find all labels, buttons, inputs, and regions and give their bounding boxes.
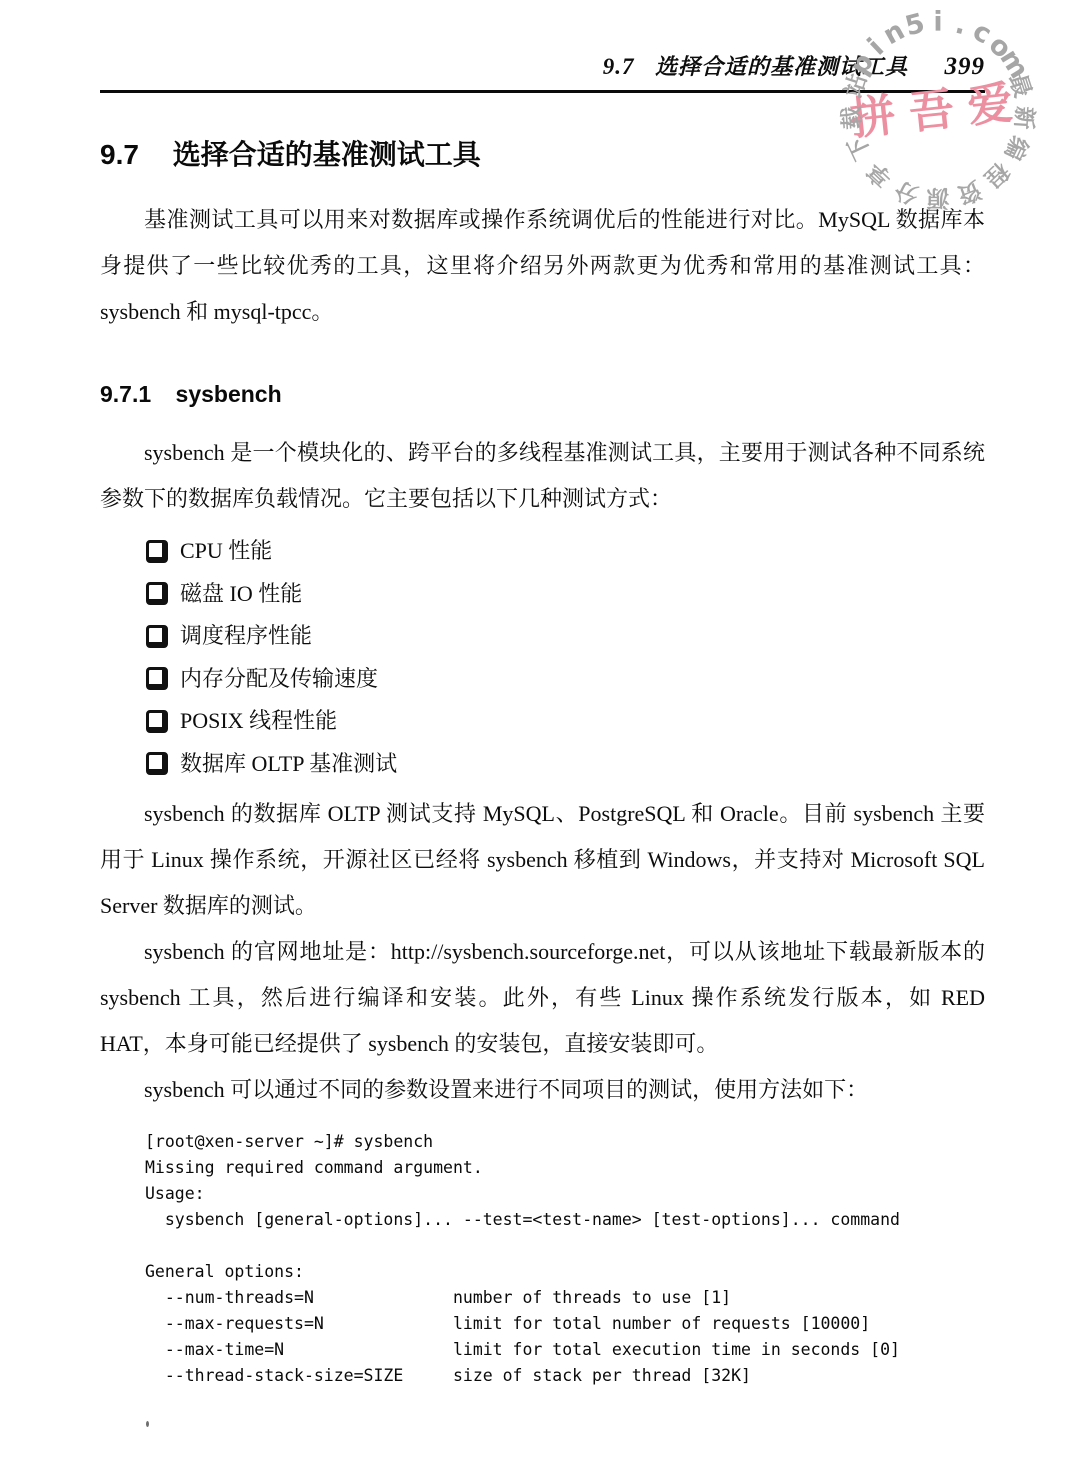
paragraph-usage-intro: sysbench 可以通过不同的参数设置来进行不同项目的测试，使用方法如下： xyxy=(100,1067,985,1113)
list-item: 数据库 OLTP 基准测试 xyxy=(146,743,985,786)
running-header: 9.7 选择合适的基准测试工具 399 xyxy=(100,0,985,81)
section-title: 选择合适的基准测试工具 xyxy=(173,139,481,170)
subsection-heading: 9.7.1 sysbench xyxy=(100,381,985,408)
test-type-list: CPU 性能磁盘 IO 性能调度程序性能内存分配及传输速度POSIX 线程性能数… xyxy=(100,530,985,785)
list-item-label: 磁盘 IO 性能 xyxy=(180,573,302,616)
book-page: 拼吾爱 pin5i.com最新编程资源分享下载站 9.7 选择合适的基准测试工具… xyxy=(0,0,1080,1478)
checkbox-bullet-icon xyxy=(146,752,168,775)
running-header-title: 选择合适的基准测试工具 xyxy=(655,54,908,79)
checkbox-bullet-icon xyxy=(146,710,168,733)
list-item-label: 调度程序性能 xyxy=(180,615,312,658)
checkbox-bullet-icon xyxy=(146,667,168,690)
list-item-label: 内存分配及传输速度 xyxy=(180,658,378,701)
list-item-label: POSIX 线程性能 xyxy=(180,700,337,743)
checkbox-bullet-icon xyxy=(146,582,168,605)
list-item: POSIX 线程性能 xyxy=(146,700,985,743)
list-item: 调度程序性能 xyxy=(146,615,985,658)
paragraph-sysbench-overview: sysbench 是一个模块化的、跨平台的多线程基准测试工具，主要用于测试各种不… xyxy=(100,430,985,522)
list-item: CPU 性能 xyxy=(146,530,985,573)
page-number: 399 xyxy=(945,53,986,80)
subsection-number: 9.7.1 xyxy=(100,381,151,407)
header-rule xyxy=(100,90,985,93)
section-number: 9.7 xyxy=(100,139,139,170)
paragraph-intro: 基准测试工具可以用来对数据库或操作系统调优后的性能进行对比。MySQL 数据库本… xyxy=(100,197,985,335)
list-item: 内存分配及传输速度 xyxy=(146,658,985,701)
scan-artifact-dot xyxy=(146,1421,149,1427)
subsection-title: sysbench xyxy=(176,381,282,407)
paragraph-oltp-support: sysbench 的数据库 OLTP 测试支持 MySQL、PostgreSQL… xyxy=(100,791,985,929)
code-block: [root@xen-server ~]# sysbench Missing re… xyxy=(145,1129,985,1389)
list-item-label: 数据库 OLTP 基准测试 xyxy=(180,743,397,786)
section-heading: 9.7 选择合适的基准测试工具 xyxy=(100,133,985,173)
list-item-label: CPU 性能 xyxy=(180,530,272,573)
list-item: 磁盘 IO 性能 xyxy=(146,573,985,616)
checkbox-bullet-icon xyxy=(146,540,168,563)
checkbox-bullet-icon xyxy=(146,625,168,648)
paragraph-download-info: sysbench 的官网地址是：http://sysbench.sourcefo… xyxy=(100,929,985,1067)
running-header-section-number: 9.7 xyxy=(603,54,635,79)
